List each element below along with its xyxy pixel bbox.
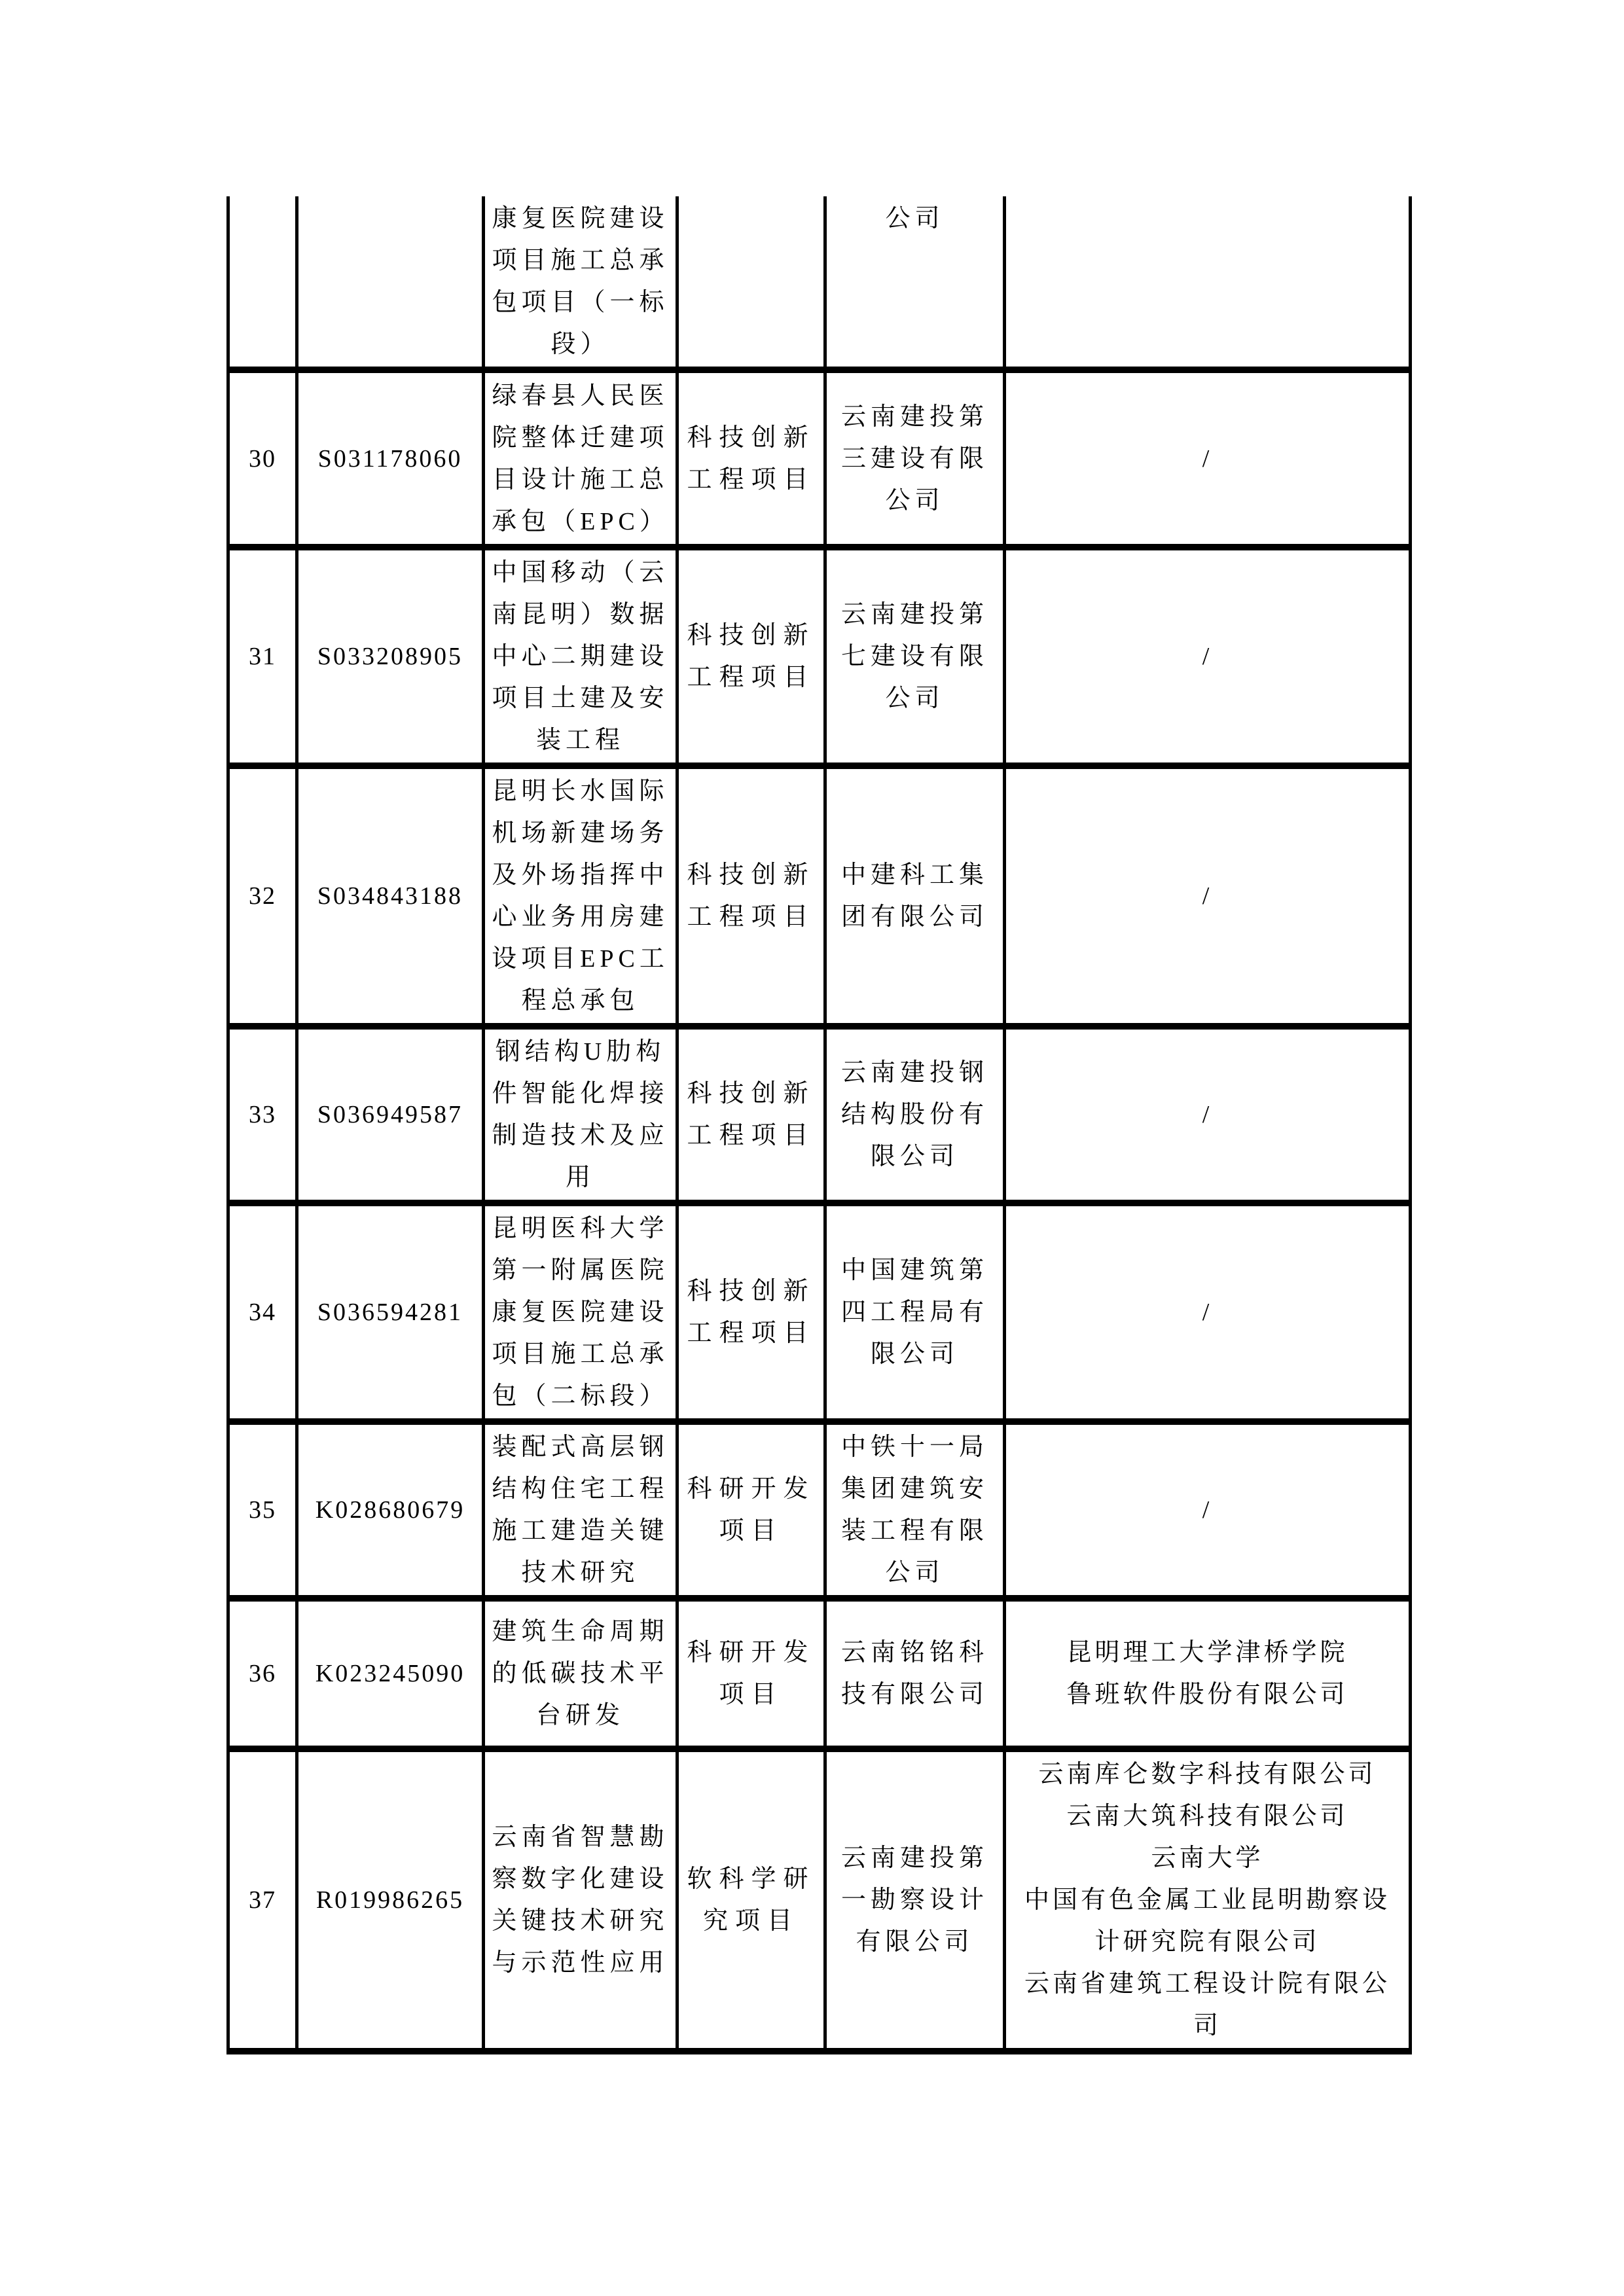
partners-cell: / [1005,766,1411,1026]
project-code-cell: S036594281 [297,1203,484,1422]
table-row: 31 S033208905 中国移动（云 南昆明）数据 中心二期建设 项目土建及… [228,547,1411,766]
project-name-cell: 建筑生命周期 的低碳技术平 台研发 [484,1598,677,1749]
project-code-cell: S033208905 [297,547,484,766]
row-number-cell: 32 [228,766,297,1026]
project-type-cell: 科技创新 工程项目 [677,547,825,766]
project-name-cell: 昆明医科大学 第一附属医院 康复医院建设 项目施工总承 包（二标段） [484,1203,677,1422]
row-number-cell: 34 [228,1203,297,1422]
project-name-cell: 装配式高层钢 结构住宅工程 施工建造关键 技术研究 [484,1422,677,1598]
partners-cell [1005,196,1411,370]
project-type-cell [677,196,825,370]
partners-cell: / [1005,1203,1411,1422]
table-row: 33 S036949587 钢结构U肋构 件智能化焊接 制造技术及应 用 科技创… [228,1026,1411,1203]
partners-cell: / [1005,1026,1411,1203]
table-row: 康复医院建设 项目施工总承 包项目（一标 段） 公司 [228,196,1411,370]
row-number-cell [228,196,297,370]
project-name-cell: 绿春县人民医 院整体迁建项 目设计施工总 承包（EPC） [484,370,677,547]
project-code-cell [297,196,484,370]
table-row: 35 K028680679 装配式高层钢 结构住宅工程 施工建造关键 技术研究 … [228,1422,1411,1598]
scanned-document-page: { "page": { "background_color": "#ffffff… [0,0,1624,2296]
company-cell: 云南建投第 三建设有限 公司 [825,370,1005,547]
project-name-cell: 康复医院建设 项目施工总承 包项目（一标 段） [484,196,677,370]
project-type-cell: 科技创新 工程项目 [677,1203,825,1422]
company-cell: 中铁十一局 集团建筑安 装工程有限 公司 [825,1422,1005,1598]
table-row: 32 S034843188 昆明长水国际 机场新建场务 及外场指挥中 心业务用房… [228,766,1411,1026]
project-code-cell: S036949587 [297,1026,484,1203]
partners-cell: / [1005,370,1411,547]
company-cell: 云南建投第 七建设有限 公司 [825,547,1005,766]
table-row: 30 S031178060 绿春县人民医 院整体迁建项 目设计施工总 承包（EP… [228,370,1411,547]
company-cell: 云南铭铭科 技有限公司 [825,1598,1005,1749]
project-type-cell: 科技创新 工程项目 [677,766,825,1026]
row-number-cell: 35 [228,1422,297,1598]
company-cell: 公司 [825,196,1005,370]
row-number-cell: 37 [228,1749,297,2051]
projects-table: 康复医院建设 项目施工总承 包项目（一标 段） 公司 30 S031178060… [226,196,1412,2054]
project-code-cell: S031178060 [297,370,484,547]
project-name-cell: 中国移动（云 南昆明）数据 中心二期建设 项目土建及安 装工程 [484,547,677,766]
table-row: 37 R019986265 云南省智慧勘 察数字化建设 关键技术研究 与示范性应… [228,1749,1411,2051]
partners-cell: 云南库仑数字科技有限公司 云南大筑科技有限公司 云南大学 中国有色金属工业昆明勘… [1005,1749,1411,2051]
partners-cell: / [1005,1422,1411,1598]
table-row: 36 K023245090 建筑生命周期 的低碳技术平 台研发 科研开发 项目 … [228,1598,1411,1749]
partners-cell: 昆明理工大学津桥学院 鲁班软件股份有限公司 [1005,1598,1411,1749]
project-code-cell: K028680679 [297,1422,484,1598]
row-number-cell: 33 [228,1026,297,1203]
company-cell: 中建科工集 团有限公司 [825,766,1005,1026]
project-name-cell: 昆明长水国际 机场新建场务 及外场指挥中 心业务用房建 设项目EPC工 程总承包 [484,766,677,1026]
row-number-cell: 30 [228,370,297,547]
project-type-cell: 软科学研 究项目 [677,1749,825,2051]
project-code-cell: S034843188 [297,766,484,1026]
company-cell: 云南建投第 一勘察设计 有限公司 [825,1749,1005,2051]
row-number-cell: 31 [228,547,297,766]
project-type-cell: 科技创新 工程项目 [677,1026,825,1203]
project-code-cell: R019986265 [297,1749,484,2051]
project-code-cell: K023245090 [297,1598,484,1749]
row-number-cell: 36 [228,1598,297,1749]
project-type-cell: 科技创新 工程项目 [677,370,825,547]
project-type-cell: 科研开发 项目 [677,1598,825,1749]
table-row: 34 S036594281 昆明医科大学 第一附属医院 康复医院建设 项目施工总… [228,1203,1411,1422]
partners-cell: / [1005,547,1411,766]
company-cell: 云南建投钢 结构股份有 限公司 [825,1026,1005,1203]
project-name-cell: 钢结构U肋构 件智能化焊接 制造技术及应 用 [484,1026,677,1203]
company-cell: 中国建筑第 四工程局有 限公司 [825,1203,1005,1422]
project-name-cell: 云南省智慧勘 察数字化建设 关键技术研究 与示范性应用 [484,1749,677,2051]
project-type-cell: 科研开发 项目 [677,1422,825,1598]
